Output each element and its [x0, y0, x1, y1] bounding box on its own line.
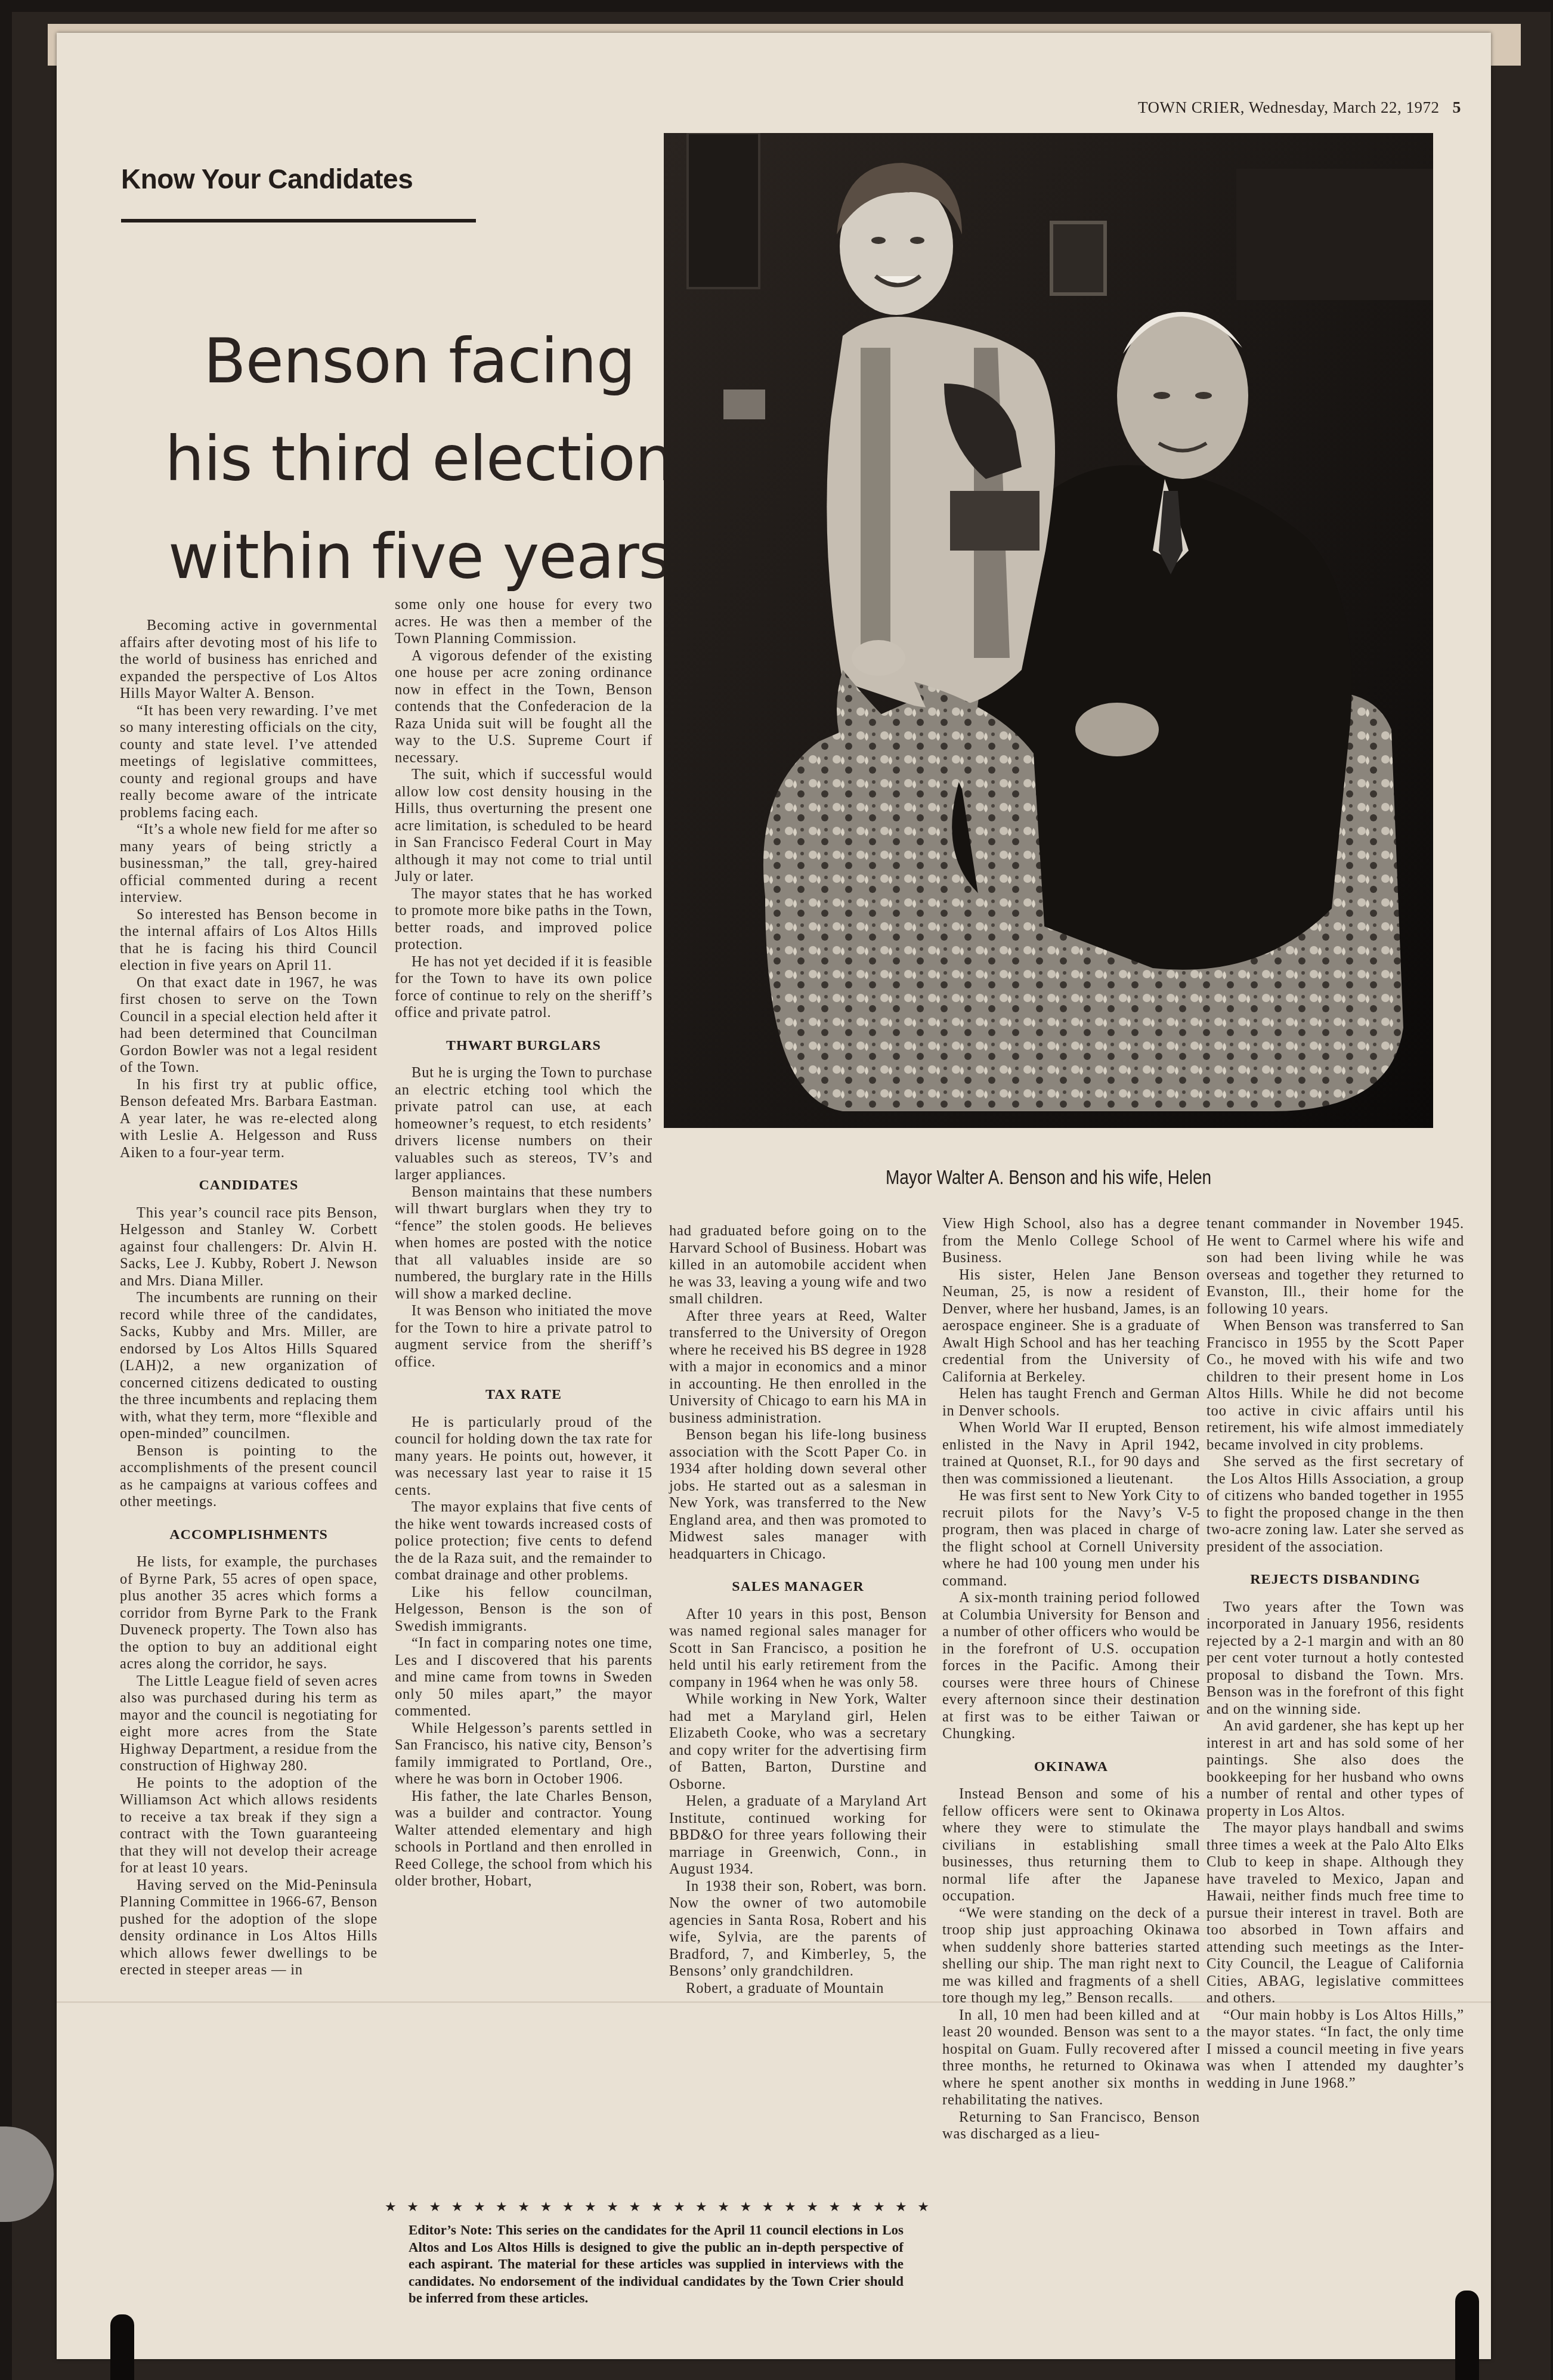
paragraph: It was Benson who initiated the move for…	[395, 1303, 652, 1371]
paragraph: So interested has Benson become in the i…	[120, 907, 378, 975]
subhead-accomplishments: ACCOMPLISHMENTS	[120, 1526, 378, 1544]
paragraph: When World War II erupted, Benson enlist…	[942, 1420, 1200, 1488]
subhead-thwart-burglars: THWART BURGLARS	[395, 1037, 652, 1055]
subhead-candidates: CANDIDATES	[120, 1177, 378, 1194]
paragraph: While Helgesson’s parents settled in San…	[395, 1720, 652, 1788]
paragraph: Benson began his life-long business asso…	[669, 1427, 927, 1563]
paragraph: “We were standing on the deck of a troop…	[942, 1905, 1200, 2007]
star-divider: ★ ★ ★ ★ ★ ★ ★ ★ ★ ★ ★ ★ ★ ★ ★ ★ ★ ★ ★ ★ …	[385, 2199, 933, 2215]
paragraph: The mayor states that he has worked to p…	[395, 886, 652, 954]
paragraph: After 10 years in this post, Benson was …	[669, 1606, 927, 1692]
paragraph: A vigorous defender of the existing one …	[395, 648, 652, 767]
paragraph: She served as the first secretary of the…	[1206, 1454, 1464, 1556]
section-kicker: Know Your Candidates	[121, 163, 413, 195]
paragraph: But he is urging the Town to purchase an…	[395, 1065, 652, 1184]
paragraph: In 1938 their son, Robert, was born. Now…	[669, 1878, 927, 1980]
headline: Benson facing his third election within …	[121, 312, 717, 605]
paragraph: “It’s a whole new field for me after so …	[120, 821, 378, 907]
binder-clip-bottom-right	[1455, 2291, 1479, 2380]
subhead-sales-manager: SALES MANAGER	[669, 1578, 927, 1596]
paragraph: He is particularly proud of the council …	[395, 1414, 652, 1500]
paragraph: “It has been very rewarding. I’ve met so…	[120, 703, 378, 822]
article-column-1: Becoming active in governmental affairs …	[120, 617, 378, 1979]
article-column-3: had graduated before going on to the Har…	[669, 1223, 927, 1997]
binder-clip-bottom-left	[110, 2314, 134, 2380]
subhead-tax-rate: TAX RATE	[395, 1386, 652, 1404]
paragraph: Benson is pointing to the accomplishment…	[120, 1443, 378, 1511]
paragraph: His sister, Helen Jane Benson Neuman, 25…	[942, 1267, 1200, 1386]
paragraph: Robert, a graduate of Mountain	[669, 1980, 927, 1998]
couple-photo	[664, 133, 1433, 1128]
paragraph: Helen has taught French and German in De…	[942, 1386, 1200, 1420]
masthead: TOWN CRIER, Wednesday, March 22, 19725	[1138, 98, 1461, 118]
paragraph: He has not yet decided if it is feasible…	[395, 954, 652, 1022]
paragraph: While working in New York, Walter had me…	[669, 1691, 927, 1793]
publication-dateline: TOWN CRIER, Wednesday, March 22, 1972	[1138, 98, 1440, 116]
paragraph: In his first try at public office, Benso…	[120, 1077, 378, 1162]
paragraph: had graduated before going on to the Har…	[669, 1223, 927, 1308]
headline-line-3: within five years	[168, 520, 670, 593]
paragraph: “Our main hobby is Los Altos Hills,” the…	[1206, 2007, 1464, 2092]
headline-line-1: Benson facing	[203, 324, 635, 397]
paragraph: A six-month training period followed at …	[942, 1590, 1200, 1743]
paragraph: His father, the late Charles Benson, was…	[395, 1788, 652, 1890]
page-number: 5	[1453, 98, 1462, 117]
editors-note: Editor’s Note: This series on the candid…	[409, 2222, 904, 2307]
paragraph: Helen, a graduate of a Maryland Art Inst…	[669, 1793, 927, 1878]
paragraph: He was first sent to New York City to re…	[942, 1488, 1200, 1590]
paragraph: When Benson was transferred to San Franc…	[1206, 1318, 1464, 1454]
paragraph: Instead Benson and some of his fellow of…	[942, 1786, 1200, 1905]
headline-line-2: his third election	[165, 422, 674, 495]
paragraph: some only one house for every two acres.…	[395, 596, 652, 648]
paragraph: The suit, which if successful would allo…	[395, 766, 652, 886]
paragraph: Returning to San Francisco, Benson was d…	[942, 2109, 1200, 2143]
paragraph: Benson maintains that these numbers will…	[395, 1184, 652, 1303]
paragraph: Becoming active in governmental affairs …	[120, 617, 378, 703]
paragraph: Having served on the Mid-Peninsula Plann…	[120, 1877, 378, 1979]
article-column-2: some only one house for every two acres.…	[395, 596, 652, 1890]
subhead-rejects-disbanding: REJECTS DISBANDING	[1206, 1571, 1464, 1588]
paragraph: The mayor explains that five cents of th…	[395, 1499, 652, 1584]
paragraph: Like his fellow councilman, Helgesson, B…	[395, 1584, 652, 1636]
paragraph: This year’s council race pits Benson, He…	[120, 1205, 378, 1290]
article-column-5: tenant commander in November 1945. He we…	[1206, 1216, 1464, 2092]
paragraph: He points to the adoption of the William…	[120, 1775, 378, 1877]
newspaper-page: TOWN CRIER, Wednesday, March 22, 19725 K…	[57, 33, 1491, 2359]
photo-caption: Mayor Walter A. Benson and his wife, Hel…	[722, 1166, 1376, 1189]
photo-image	[664, 133, 1433, 1128]
paragraph: tenant commander in November 1945. He we…	[1206, 1216, 1464, 1318]
kicker-rule	[121, 219, 476, 222]
paragraph: The incumbents are running on their reco…	[120, 1290, 378, 1443]
paragraph: After three years at Reed, Walter transf…	[669, 1308, 927, 1427]
paragraph: In all, 10 men had been killed and at le…	[942, 2007, 1200, 2109]
paragraph: On that exact date in 1967, he was first…	[120, 975, 378, 1077]
paragraph: “In fact in comparing notes one time, Le…	[395, 1635, 652, 1720]
subhead-okinawa: OKINAWA	[942, 1758, 1200, 1776]
paragraph: An avid gardener, she has kept up her in…	[1206, 1718, 1464, 1820]
paragraph: The mayor plays handball and swims three…	[1206, 1820, 1464, 2007]
paragraph: He lists, for example, the purchases of …	[120, 1554, 378, 1673]
paragraph: Two years after the Town was incorporate…	[1206, 1599, 1464, 1718]
paragraph: View High School, also has a degree from…	[942, 1216, 1200, 1267]
paragraph: The Little League field of seven acres a…	[120, 1673, 378, 1775]
article-column-4: View High School, also has a degree from…	[942, 1216, 1200, 2143]
